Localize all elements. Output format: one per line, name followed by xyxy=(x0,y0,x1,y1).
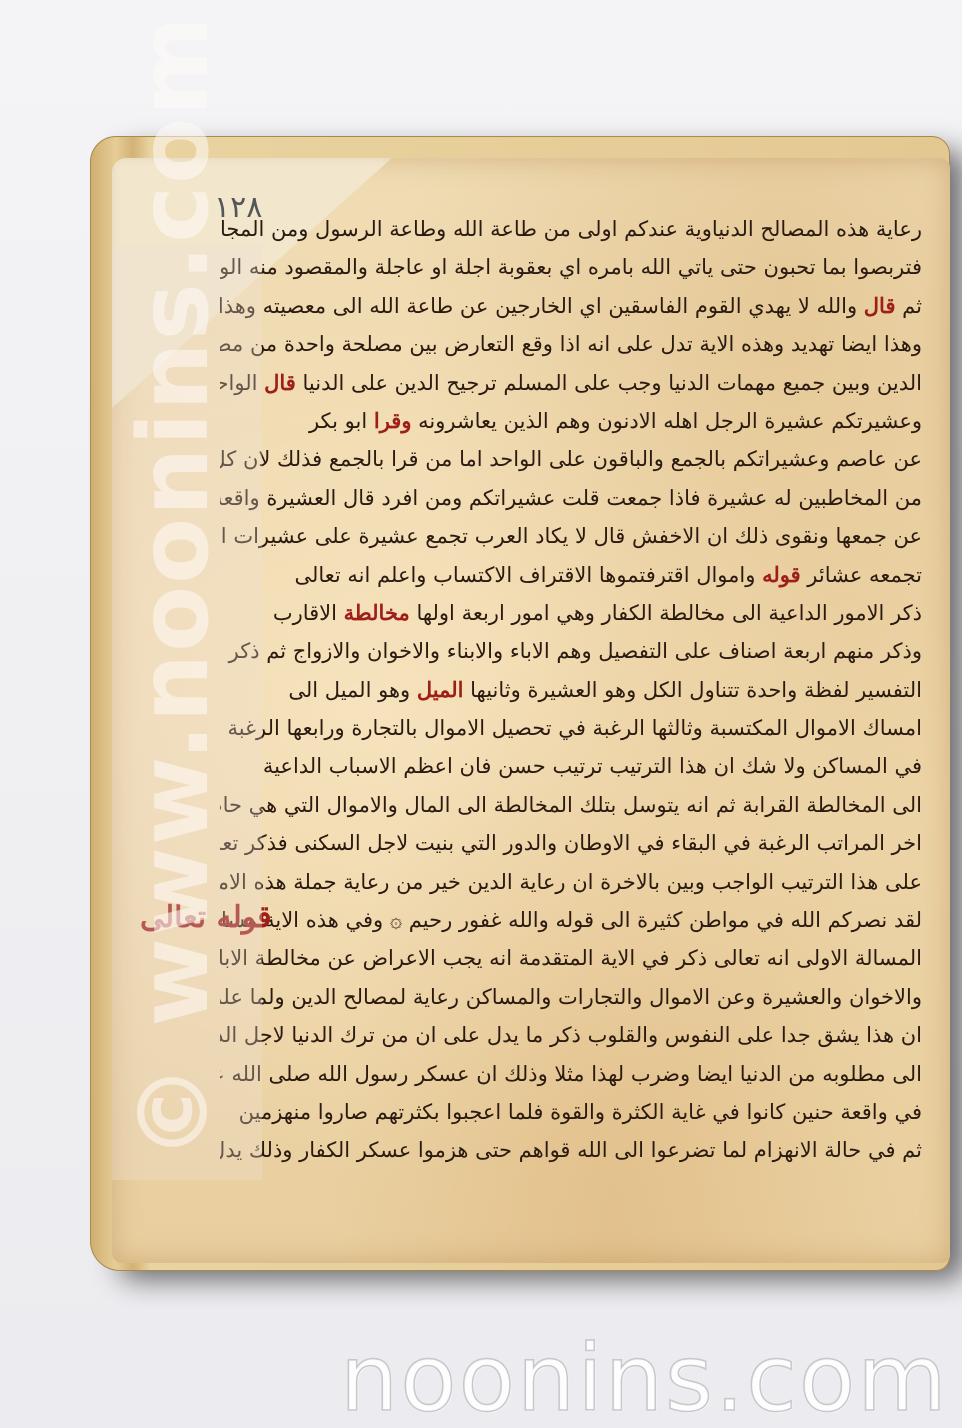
rubric-word: مخالطة xyxy=(344,600,410,625)
text-line: من المخاطبين له عشيرة فاذا جمعت قلت عشير… xyxy=(220,479,922,517)
text-line: تجمعه عشائر قوله واموال اقترفتموها الاقت… xyxy=(220,556,922,594)
manuscript-text-block: رعاية هذه المصالح الدنياوية عندكم اولى م… xyxy=(220,210,922,1170)
watermark-vertical: © www.noonins.com xyxy=(118,14,230,1160)
text-line: اخر المراتب الرغبة في البقاء في الاوطان … xyxy=(220,824,922,862)
text-line: عن عاصم وعشيراتكم بالجمع والباقون على ال… xyxy=(220,440,922,478)
text-line: عن جمعها ونقوى ذلك ان الاخفش قال لا يكاد… xyxy=(220,517,922,555)
watermark-bottom: noonins.com xyxy=(340,1325,949,1428)
text-line: ان هذا يشق جدا على النفوس والقلوب ذكر ما… xyxy=(220,1016,922,1054)
text-line: الى مطلوبه من الدنيا ايضا وضرب لهذا مثلا… xyxy=(220,1055,922,1093)
text-line: ثم قال والله لا يهدي القوم الفاسقين اي ا… xyxy=(220,287,922,325)
text-line: في المساكن ولا شك ان هذا الترتيب ترتيب ح… xyxy=(220,747,922,785)
text-line: وعشيرتكم عشيرة الرجل اهله الادنون وهم ال… xyxy=(220,402,922,440)
text-line: ذكر الامور الداعية الى مخالطة الكفار وهي… xyxy=(220,594,922,632)
rubric-word: قال xyxy=(864,293,896,318)
text-line: وهذا ايضا تهديد وهذه الاية تدل على انه ا… xyxy=(220,325,922,363)
text-line: في واقعة حنين كانوا في غاية الكثرة والقو… xyxy=(220,1093,922,1131)
rubric-word: قوله xyxy=(762,562,801,587)
rubric-word: قال xyxy=(264,370,296,395)
text-line: لقد نصركم الله في مواطن كثيرة الى قوله و… xyxy=(220,901,922,939)
rubric-word: وقرا xyxy=(374,408,412,433)
text-line: امساك الاموال المكتسبة وثالثها الرغبة في… xyxy=(220,709,922,747)
text-line: ثم في حالة الانهزام لما تضرعوا الى الله … xyxy=(220,1131,922,1169)
text-line: على هذا الترتيب الواجب وبين بالاخرة ان ر… xyxy=(220,863,922,901)
rubric-word: الميل xyxy=(417,677,464,702)
text-line: الى المخالطة القرابة ثم انه يتوسل بتلك ا… xyxy=(220,786,922,824)
text-line: والاخوان والعشيرة وعن الاموال والتجارات … xyxy=(220,978,922,1016)
text-line: التفسير لفظة واحدة تتناول الكل وهو العشي… xyxy=(220,671,922,709)
text-line: المسالة الاولى انه تعالى ذكر في الاية ال… xyxy=(220,939,922,977)
text-line: الدين وبين جميع مهمات الدنيا وجب على الم… xyxy=(220,364,922,402)
text-line: رعاية هذه المصالح الدنياوية عندكم اولى م… xyxy=(220,210,922,248)
text-line: وذكر منهم اربعة اصناف على التفصيل وهم ال… xyxy=(220,632,922,670)
text-line: فتربصوا بما تحبون حتى ياتي الله بامره اي… xyxy=(220,248,922,286)
